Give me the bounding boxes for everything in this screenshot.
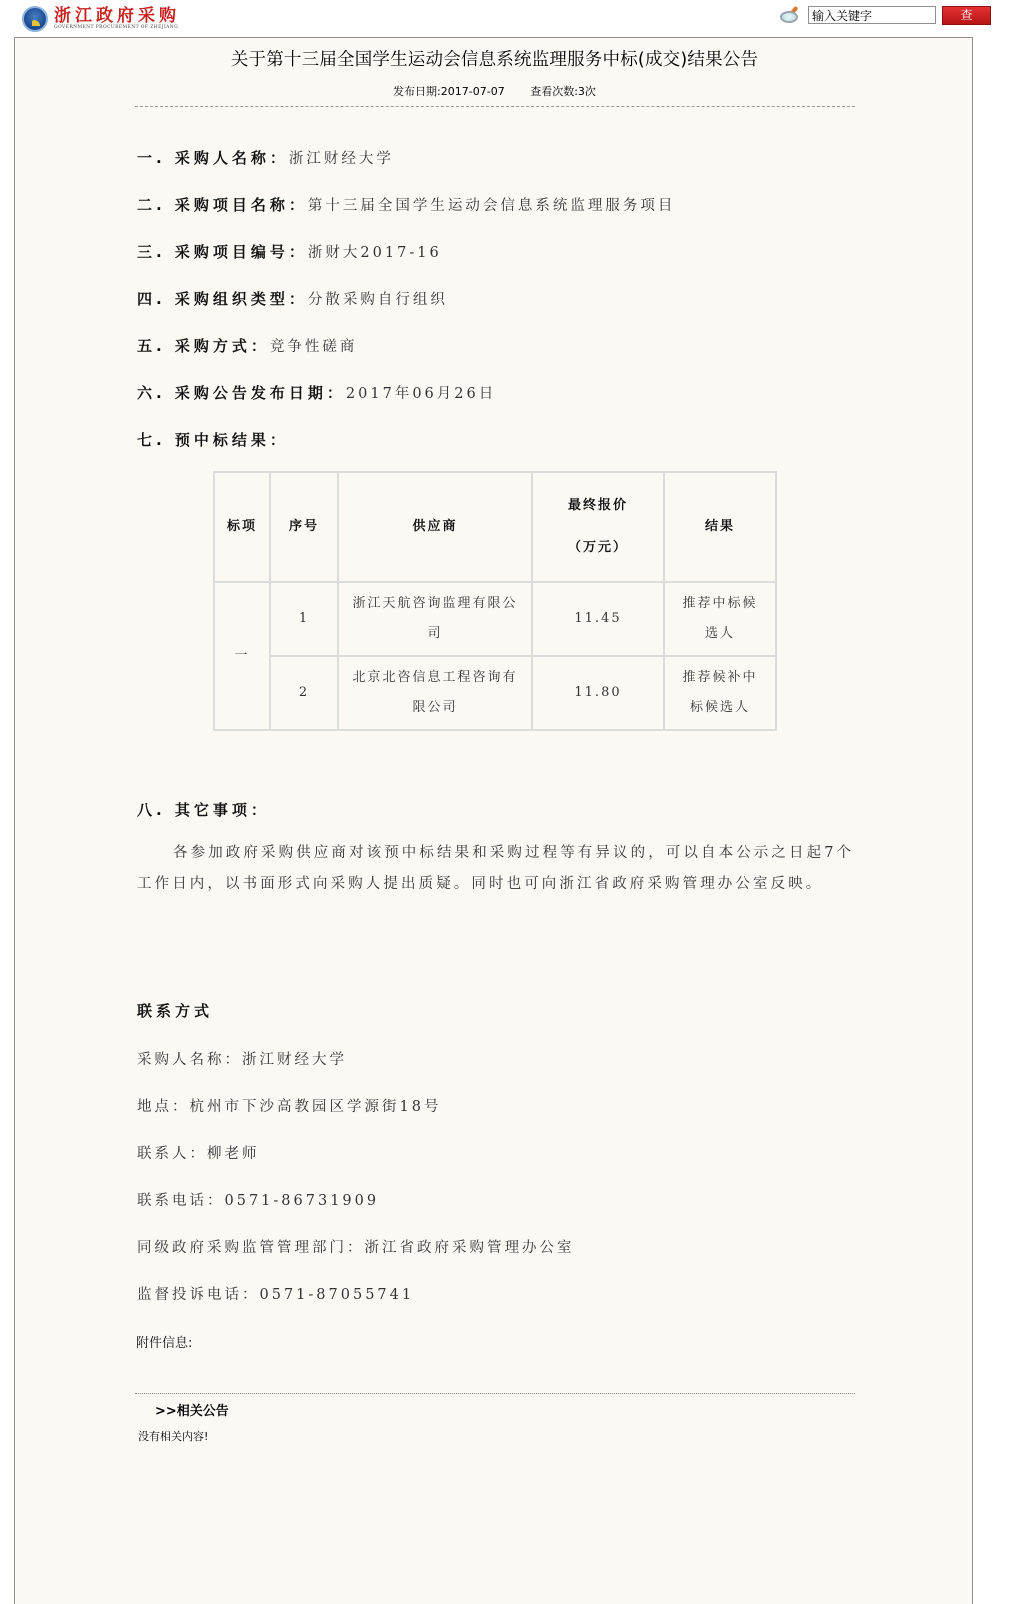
section-org-type: 四. 采购组织类型：分散采购自行组织 [137, 288, 448, 309]
table-row: 一 1 浙江天航咨询监理有限公司 11.45 推荐中标候选人 [214, 582, 776, 656]
col-result: 结果 [664, 472, 776, 582]
section-notice-date: 六. 采购公告发布日期：2017年06月26日 [137, 382, 496, 403]
contact-heading: 联系方式 [137, 1000, 213, 1021]
section-method: 五. 采购方式：竞争性磋商 [137, 335, 357, 356]
magnifier-icon [780, 5, 802, 25]
contact-supervisor: 同级政府采购监管管理部门：浙江省政府采购管理办公室 [137, 1236, 575, 1257]
cell-lot: 一 [214, 582, 270, 730]
search-button[interactable]: 查 询 [942, 6, 991, 25]
col-lot: 标项 [214, 472, 270, 582]
publish-date: 发布日期:2017-07-07 [393, 85, 505, 98]
section-purchaser: 一. 采购人名称：浙江财经大学 [137, 147, 394, 168]
page-title: 关于第十三届全国学生运动会信息系统监理服务中标(成交)结果公告 [15, 46, 974, 71]
col-seq: 序号 [270, 472, 338, 582]
cell-result: 推荐中标候选人 [664, 582, 776, 656]
logo-emblem-icon [22, 6, 48, 32]
cell-price: 11.80 [532, 656, 664, 730]
table-header-row: 标项 序号 供应商 最终报价（万元） 结果 [214, 472, 776, 582]
cell-seq: 2 [270, 656, 338, 730]
view-count: 查看次数:3次 [530, 85, 596, 98]
search-input[interactable] [808, 6, 936, 24]
section-project-number: 三. 采购项目编号：浙财大2017-16 [137, 241, 442, 262]
search-bar: 查 询 [780, 5, 991, 25]
cell-result: 推荐候补中标候选人 [664, 656, 776, 730]
logo-title: 浙江政府采购 [54, 7, 180, 25]
cell-supplier: 浙江天航咨询监理有限公司 [338, 582, 532, 656]
result-table: 标项 序号 供应商 最终报价（万元） 结果 一 1 浙江天航咨询监理有限公司 1… [213, 471, 777, 731]
cell-seq: 1 [270, 582, 338, 656]
contact-purchaser: 采购人名称：浙江财经大学 [137, 1048, 347, 1069]
related-notices-heading: >>相关公告 [155, 1400, 229, 1419]
other-matters-text: 各参加政府采购供应商对该预中标结果和采购过程等有异议的，可以自本公示之日起7个工… [137, 838, 857, 900]
top-bar: 浙江政府采购 GOVERNMENT PROCUREMENT OF ZHEJIAN… [0, 0, 1009, 38]
section-project-name: 二. 采购项目名称：第十三届全国学生运动会信息系统监理服务项目 [137, 194, 675, 215]
contact-person: 联系人：柳老师 [137, 1142, 260, 1163]
cell-price: 11.45 [532, 582, 664, 656]
site-logo[interactable]: 浙江政府采购 GOVERNMENT PROCUREMENT OF ZHEJIAN… [22, 6, 180, 32]
related-notices-empty: 没有相关内容! [138, 1428, 208, 1444]
attachments-label: 附件信息: [136, 1332, 192, 1351]
table-row: 2 北京北咨信息工程咨询有限公司 11.80 推荐候补中标候选人 [214, 656, 776, 730]
cell-supplier: 北京北咨信息工程咨询有限公司 [338, 656, 532, 730]
article-meta: 发布日期:2017-07-07 查看次数:3次 [15, 83, 974, 99]
contact-phone: 联系电话：0571-86731909 [137, 1189, 379, 1210]
article-container: 关于第十三届全国学生运动会信息系统监理服务中标(成交)结果公告 发布日期:201… [14, 37, 973, 1604]
section-other-matters: 八. 其它事项： [137, 799, 270, 820]
col-price: 最终报价（万元） [532, 472, 664, 582]
contact-complaint-phone: 监督投诉电话：0571-87055741 [137, 1283, 414, 1304]
section-pre-award: 七. 预中标结果： [137, 429, 289, 450]
contact-address: 地点：杭州市下沙高教园区学源街18号 [137, 1095, 441, 1116]
col-supplier: 供应商 [338, 472, 532, 582]
divider [135, 106, 855, 107]
logo-subtitle: GOVERNMENT PROCUREMENT OF ZHEJIANG [54, 25, 180, 31]
divider [135, 1393, 855, 1394]
